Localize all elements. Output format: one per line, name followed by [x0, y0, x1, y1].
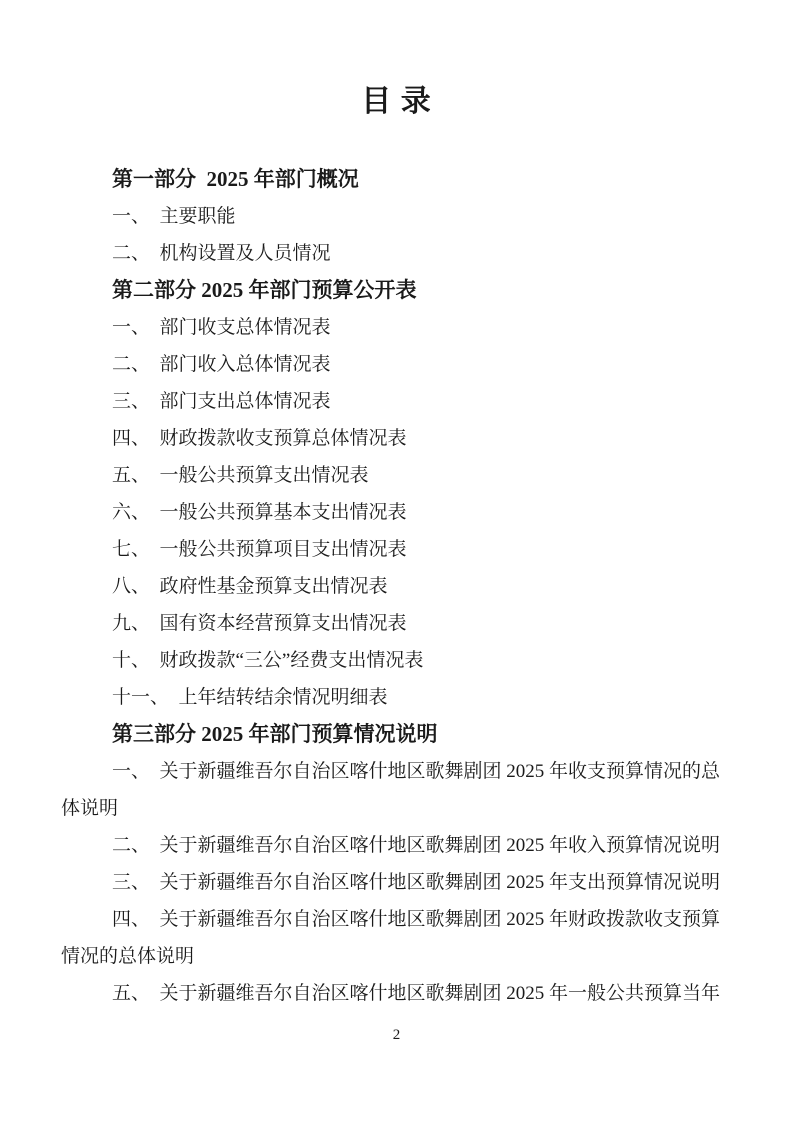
toc-heading-part1: 第一部分 2025 年部门概况	[61, 161, 761, 198]
toc-item-continuation: 体说明	[61, 790, 761, 827]
toc-item: 九、 国有资本经营预算支出情况表	[61, 605, 761, 642]
toc-item: 二、 关于新疆维吾尔自治区喀什地区歌舞剧团 2025 年收入预算情况说明	[61, 827, 761, 864]
toc-item: 四、 关于新疆维吾尔自治区喀什地区歌舞剧团 2025 年财政拨款收支预算	[61, 901, 761, 938]
toc-item: 二、 机构设置及人员情况	[61, 235, 761, 272]
toc-item: 一、 部门收支总体情况表	[61, 309, 761, 346]
page-number: 2	[0, 1028, 793, 1043]
toc-item: 一、 关于新疆维吾尔自治区喀什地区歌舞剧团 2025 年收支预算情况的总	[61, 753, 761, 790]
toc-item: 五、 一般公共预算支出情况表	[61, 457, 761, 494]
toc-item: 八、 政府性基金预算支出情况表	[61, 568, 761, 605]
toc-item: 三、 关于新疆维吾尔自治区喀什地区歌舞剧团 2025 年支出预算情况说明	[61, 864, 761, 901]
toc-item-continuation: 情况的总体说明	[61, 938, 761, 975]
toc-item: 二、 部门收入总体情况表	[61, 346, 761, 383]
toc-item: 六、 一般公共预算基本支出情况表	[61, 494, 761, 531]
toc-item: 一、 主要职能	[61, 198, 761, 235]
toc-heading-part3: 第三部分 2025 年部门预算情况说明	[61, 716, 761, 753]
toc-heading-part2: 第二部分 2025 年部门预算公开表	[61, 272, 761, 309]
toc-item: 十、 财政拨款“三公”经费支出情况表	[61, 642, 761, 679]
document-title: 目 录	[0, 87, 793, 117]
document-page: 目 录 第一部分 2025 年部门概况 一、 主要职能 二、 机构设置及人员情况…	[0, 0, 793, 1122]
toc-item: 四、 财政拨款收支预算总体情况表	[61, 420, 761, 457]
toc-item: 三、 部门支出总体情况表	[61, 383, 761, 420]
toc-item: 十一、 上年结转结余情况明细表	[61, 679, 761, 716]
table-of-contents: 第一部分 2025 年部门概况 一、 主要职能 二、 机构设置及人员情况 第二部…	[61, 161, 761, 1012]
toc-item: 七、 一般公共预算项目支出情况表	[61, 531, 761, 568]
toc-item: 五、 关于新疆维吾尔自治区喀什地区歌舞剧团 2025 年一般公共预算当年	[61, 975, 761, 1012]
